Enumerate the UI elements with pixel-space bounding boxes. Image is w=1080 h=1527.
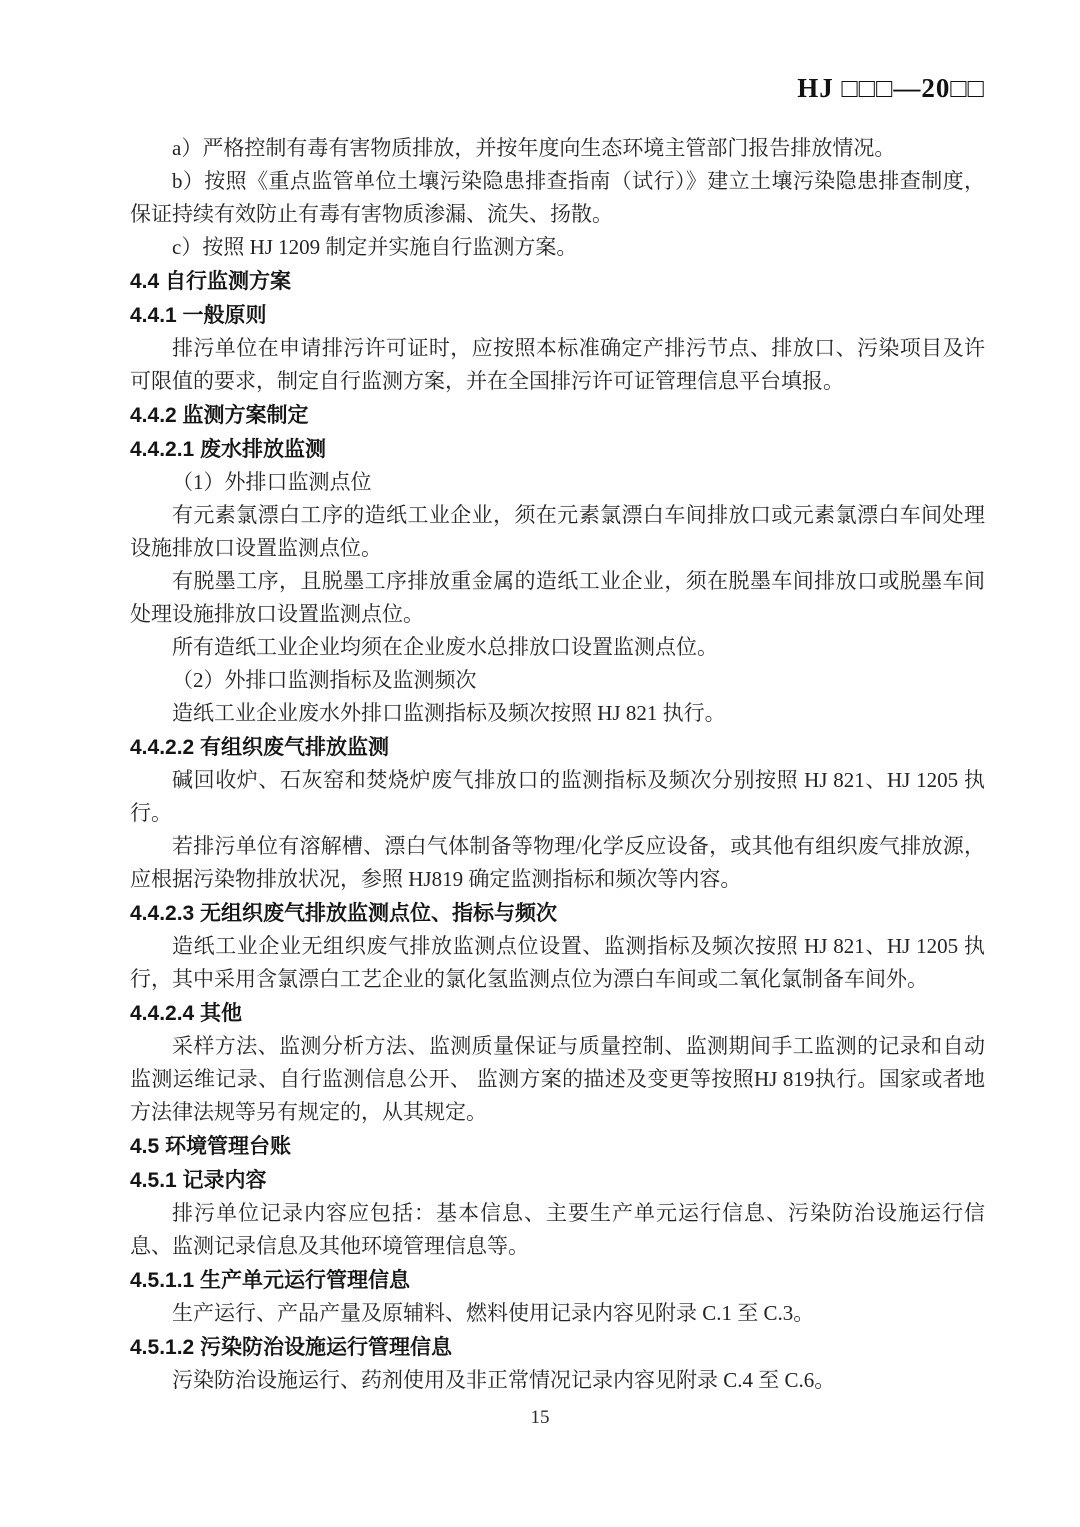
body-paragraph: 碱回收炉、石灰窑和焚烧炉废气排放口的监测指标及频次分别按照 HJ 821、HJ …: [130, 764, 985, 830]
sub-item: （1）外排口监测点位: [130, 466, 985, 499]
section-heading: 4.4.2.1 废水排放监测: [130, 433, 985, 466]
section-heading: 4.5.1.2 污染防治设施运行管理信息: [130, 1331, 985, 1364]
sub-item: （2）外排口监测指标及监测频次: [130, 664, 985, 697]
section-heading: 4.5 环境管理台账: [130, 1130, 985, 1163]
body-paragraph: 有脱墨工序，且脱墨工序排放重金属的造纸工业企业，须在脱墨车间排放口或脱墨车间处理…: [130, 565, 985, 631]
body-paragraph: 造纸工业企业废水外排口监测指标及频次按照 HJ 821 执行。: [130, 697, 985, 730]
section-heading: 4.5.1 记录内容: [130, 1164, 985, 1197]
body-paragraph: 排污单位在申请排污许可证时，应按照本标准确定产排污节点、排放口、污染项目及许可限…: [130, 332, 985, 398]
body-paragraph: 采样方法、监测分析方法、监测质量保证与质量控制、监测期间手工监测的记录和自动监测…: [130, 1030, 985, 1129]
document-page: HJ □□□—20□□ a）严格控制有毒有害物质排放，并按年度向生态环境主管部门…: [0, 0, 1080, 1527]
body-paragraph: 造纸工业企业无组织废气排放监测点位设置、监测指标及频次按照 HJ 821、HJ …: [130, 930, 985, 996]
body-paragraph: 若排污单位有溶解槽、漂白气体制备等物理/化学反应设备，或其他有组织废气排放源，应…: [130, 830, 985, 896]
body-paragraph: 有元素氯漂白工序的造纸工业企业，须在元素氯漂白车间排放口或元素氯漂白车间处理设施…: [130, 499, 985, 565]
section-heading: 4.4 自行监测方案: [130, 265, 985, 298]
body-paragraph: 生产运行、产品产量及原辅料、燃料使用记录内容见附录 C.1 至 C.3。: [130, 1297, 985, 1330]
section-heading: 4.4.1 一般原则: [130, 299, 985, 332]
document-body: a）严格控制有毒有害物质排放，并按年度向生态环境主管部门报告排放情况。b）按照《…: [130, 132, 985, 1397]
section-heading: 4.4.2.3 无组织废气排放监测点位、指标与频次: [130, 897, 985, 930]
section-heading: 4.4.2.4 其他: [130, 997, 985, 1030]
body-paragraph: 排污单位记录内容应包括：基本信息、主要生产单元运行信息、污染防治设施运行信息、监…: [130, 1197, 985, 1263]
page-number: 15: [0, 1407, 1080, 1429]
standard-code-header: HJ □□□—20□□: [130, 72, 985, 105]
list-item: b）按照《重点监管单位土壤污染隐患排查指南（试行）》建立土壤污染隐患排查制度，保…: [130, 165, 985, 231]
body-paragraph: 所有造纸工业企业均须在企业废水总排放口设置监测点位。: [130, 631, 985, 664]
section-heading: 4.4.2 监测方案制定: [130, 399, 985, 432]
body-paragraph: 污染防治设施运行、药剂使用及非正常情况记录内容见附录 C.4 至 C.6。: [130, 1364, 985, 1397]
list-item: c）按照 HJ 1209 制定并实施自行监测方案。: [130, 231, 985, 264]
section-heading: 4.5.1.1 生产单元运行管理信息: [130, 1264, 985, 1297]
list-item: a）严格控制有毒有害物质排放，并按年度向生态环境主管部门报告排放情况。: [130, 132, 985, 165]
section-heading: 4.4.2.2 有组织废气排放监测: [130, 731, 985, 764]
